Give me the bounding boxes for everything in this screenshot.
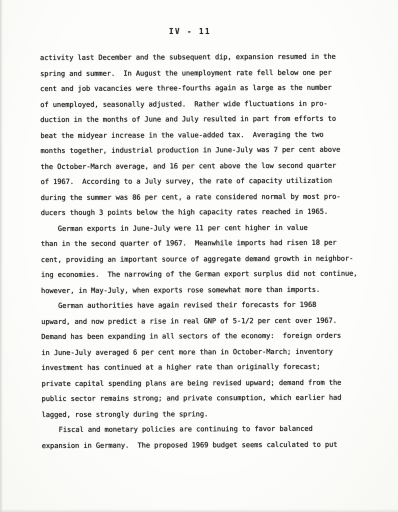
text-line: ducers though 3 points below the high ca…: [41, 204, 386, 221]
page-number: IV - 11: [40, 27, 340, 36]
text-line: lagged, rose strongly during the spring.: [42, 406, 387, 423]
text-line: the October-March average, and 16 per ce…: [40, 158, 385, 175]
text-line: spring and summer. In August the unemplo…: [40, 65, 385, 82]
text-line: of 1967. According to a July survey, the…: [41, 173, 386, 190]
text-line: upward, and now predict a rise in real G…: [41, 313, 386, 330]
text-line: beat the midyear increase in the value-a…: [40, 127, 385, 144]
text-line: cent, providing an important source of a…: [41, 251, 386, 268]
text-line: public sector remains strong; and privat…: [41, 390, 386, 407]
text-line: than in the second quarter of 1967. Mean…: [41, 235, 386, 252]
text-line: of unemployed, seasonally adjusted. Rath…: [40, 96, 385, 113]
text-line-paragraph-start: German exports in June-July were 11 per …: [41, 220, 386, 237]
text-line: months together, industrial production i…: [40, 142, 385, 159]
text-line: in June-July averaged 6 per cent more th…: [41, 344, 386, 361]
page-body-text: activity last December and the subsequen…: [40, 49, 387, 454]
text-line: however, in May-July, when exports rose …: [41, 282, 386, 299]
document-page: IV - 11 activity last December and the s…: [0, 0, 398, 512]
text-line: investment has continued at a higher rat…: [41, 359, 386, 376]
text-line: duction in the months of June and July r…: [40, 111, 385, 128]
text-line: during the summer was 86 per cent, a rat…: [41, 189, 386, 206]
text-line: Demand has been expanding in all sectors…: [41, 328, 386, 345]
text-line: expansion in Germany. The proposed 1969 …: [42, 437, 387, 454]
text-line-paragraph-start: German authorities have again revised th…: [41, 297, 386, 314]
text-line: ing economies. The narrowing of the Germ…: [41, 266, 386, 283]
text-line: private capital spending plans are being…: [41, 375, 386, 392]
text-line-paragraph-start: Fiscal and monetary policies are continu…: [42, 421, 387, 438]
text-line: cent and job vacancies were three-fourth…: [40, 80, 385, 97]
text-line: activity last December and the subsequen…: [40, 49, 385, 66]
